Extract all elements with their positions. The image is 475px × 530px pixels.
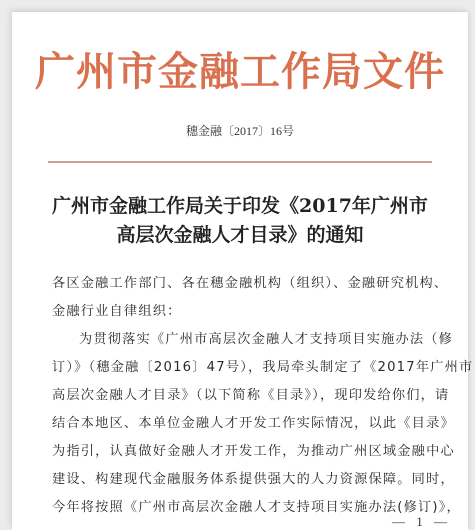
separator-rule — [48, 161, 432, 163]
document-number: 穗金融〔2017〕16号 — [12, 122, 468, 139]
body-line: 订）》（穗金融〔2016〕47号），我局牵头制定了《2017年广州市 — [52, 354, 452, 382]
masthead-title: 广州市金融工作局文件 — [12, 48, 468, 96]
body-line: 各区金融工作部门、各在穗金融机构（组织）、金融研究机构、 — [52, 270, 452, 298]
document-page: 广州市金融工作局文件 穗金融〔2017〕16号 广州市金融工作局关于印发《201… — [12, 12, 468, 530]
body-line: 结合本地区、本单位金融人才开发工作实际情况，以此《目录》 — [52, 410, 452, 438]
title-line: 高层次金融人才目录》的通知 — [12, 221, 468, 250]
notice-body: 各区金融工作部门、各在穗金融机构（组织）、金融研究机构、 金融行业自律组织： 为… — [52, 270, 452, 522]
body-line: 金融行业自律组织： — [52, 298, 452, 326]
notice-title: 广州市金融工作局关于印发《2017年广州市 高层次金融人才目录》的通知 — [12, 192, 468, 250]
body-line: 为指引，认真做好金融人才开发工作，为推动广州区域金融中心 — [52, 438, 452, 466]
body-line: 为贯彻落实《广州市高层次金融人才支持项目实施办法（修 — [52, 326, 452, 354]
page-number: — 1 — — [392, 514, 451, 530]
body-line: 高层次金融人才目录》（以下简称《目录》），现印发给你们，请 — [52, 382, 452, 410]
body-line: 建设、构建现代金融服务体系提供强大的人力资源保障。同时， — [52, 466, 452, 494]
title-line: 广州市金融工作局关于印发《2017年广州市 — [12, 192, 468, 221]
